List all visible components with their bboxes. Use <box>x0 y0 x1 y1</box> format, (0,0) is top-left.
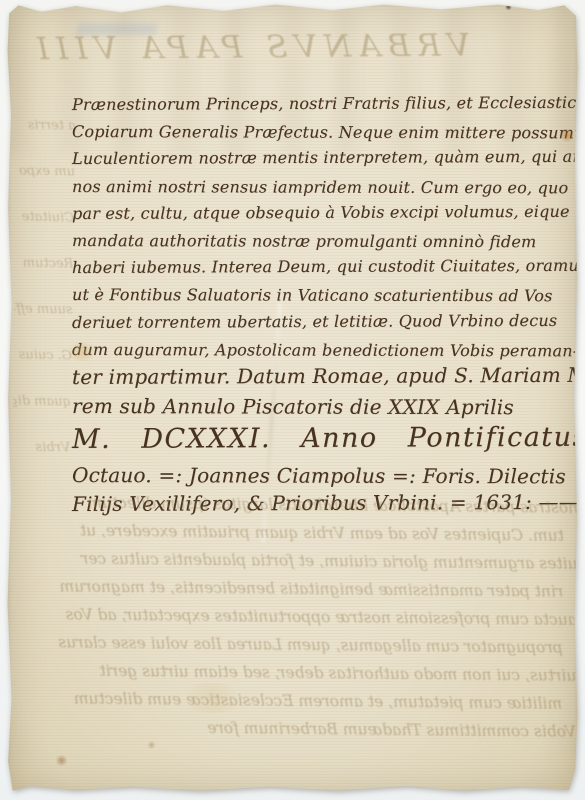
paper-sheet: VRBANVS PAPA VIII a terris um expo Ciuit… <box>7 3 578 793</box>
manuscript-page: VRBANVS PAPA VIII a terris um expo Ciuit… <box>7 3 578 793</box>
edge-vignette <box>7 3 578 793</box>
